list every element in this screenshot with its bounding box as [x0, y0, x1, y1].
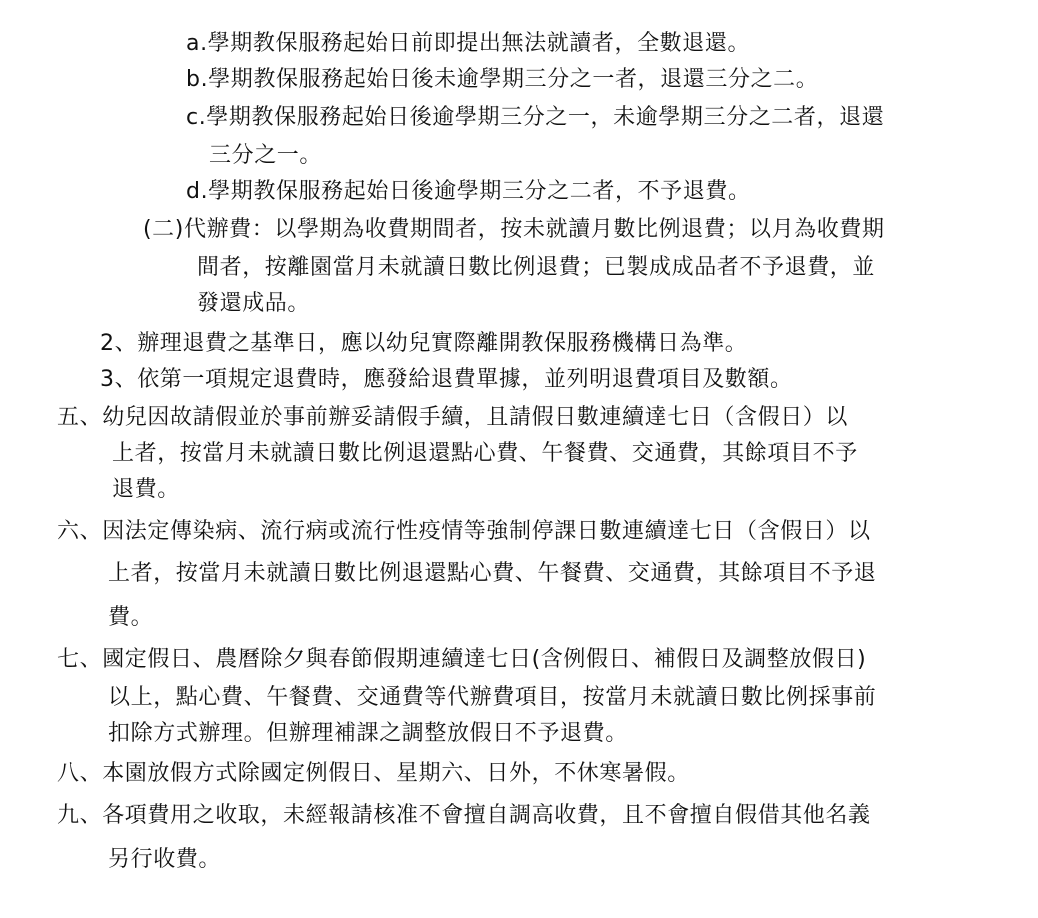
article-5-continuation: 上者，按當月未就讀日數比例退還點心費、午餐費、交通費，其餘項目不予 — [112, 440, 858, 468]
article-5-continuation-2: 退費。 — [112, 476, 180, 504]
article-6-epidemic: 六、因法定傳染病、流行病或流行性疫情等強制停課日數連續達七日（含假日）以 — [57, 518, 871, 546]
section-2-agency-fee: (二)代辦費：以學期為收費期間者，按未就讀月數比例退費；以月為收費期 — [143, 216, 885, 244]
article-6-continuation: 上者，按當月未就讀日數比例退還點心費、午餐費、交通費，其餘項目不予退 — [108, 560, 876, 588]
section-2-agency-fee-continuation-2: 發還成品。 — [197, 290, 310, 318]
article-5-leave: 五、幼兒因故請假並於事前辦妥請假手續，且請假日數連續達七日（含假日）以 — [57, 404, 848, 432]
item-c-refund-one-third: c.學期教保服務起始日後逾學期三分之一，未逾學期三分之二者，退還 — [186, 104, 884, 132]
article-8-vacation: 八、本園放假方式除國定例假日、星期六、日外，不休寒暑假。 — [57, 760, 690, 788]
article-7-holidays: 七、國定假日、農曆除夕與春節假期連續達七日(含例假日、補假日及調整放假日) — [57, 646, 866, 674]
article-9-fees: 九、各項費用之收取，未經報請核准不會擅自調高收費，且不會擅自假借其他名義 — [57, 802, 871, 830]
item-b-refund-two-thirds: b.學期教保服務起始日後未逾學期三分之一者，退還三分之二。 — [186, 66, 818, 94]
article-9-continuation: 另行收費。 — [108, 846, 221, 874]
article-6-continuation-2: 費。 — [108, 604, 153, 632]
clause-2-refund-base-date: 2、辦理退費之基準日，應以幼兒實際離開教保服務機構日為準。 — [100, 330, 747, 358]
item-d-no-refund: d.學期教保服務起始日後逾學期三分之二者，不予退費。 — [186, 178, 751, 206]
article-7-continuation-2: 扣除方式辦理。但辦理補課之調整放假日不予退費。 — [108, 720, 628, 748]
item-c-continuation: 三分之一。 — [209, 142, 322, 170]
article-7-continuation: 以上，點心費、午餐費、交通費等代辦費項目，按當月未就讀日數比例採事前 — [108, 684, 876, 712]
item-a-refund-full: a.學期教保服務起始日前即提出無法就讀者，全數退還。 — [186, 30, 750, 58]
section-2-agency-fee-continuation: 間者，按離園當月未就讀日數比例退費；已製成成品者不予退費，並 — [197, 254, 875, 282]
clause-3-refund-receipt: 3、依第一項規定退費時，應發給退費單據，並列明退費項目及數額。 — [100, 366, 793, 394]
